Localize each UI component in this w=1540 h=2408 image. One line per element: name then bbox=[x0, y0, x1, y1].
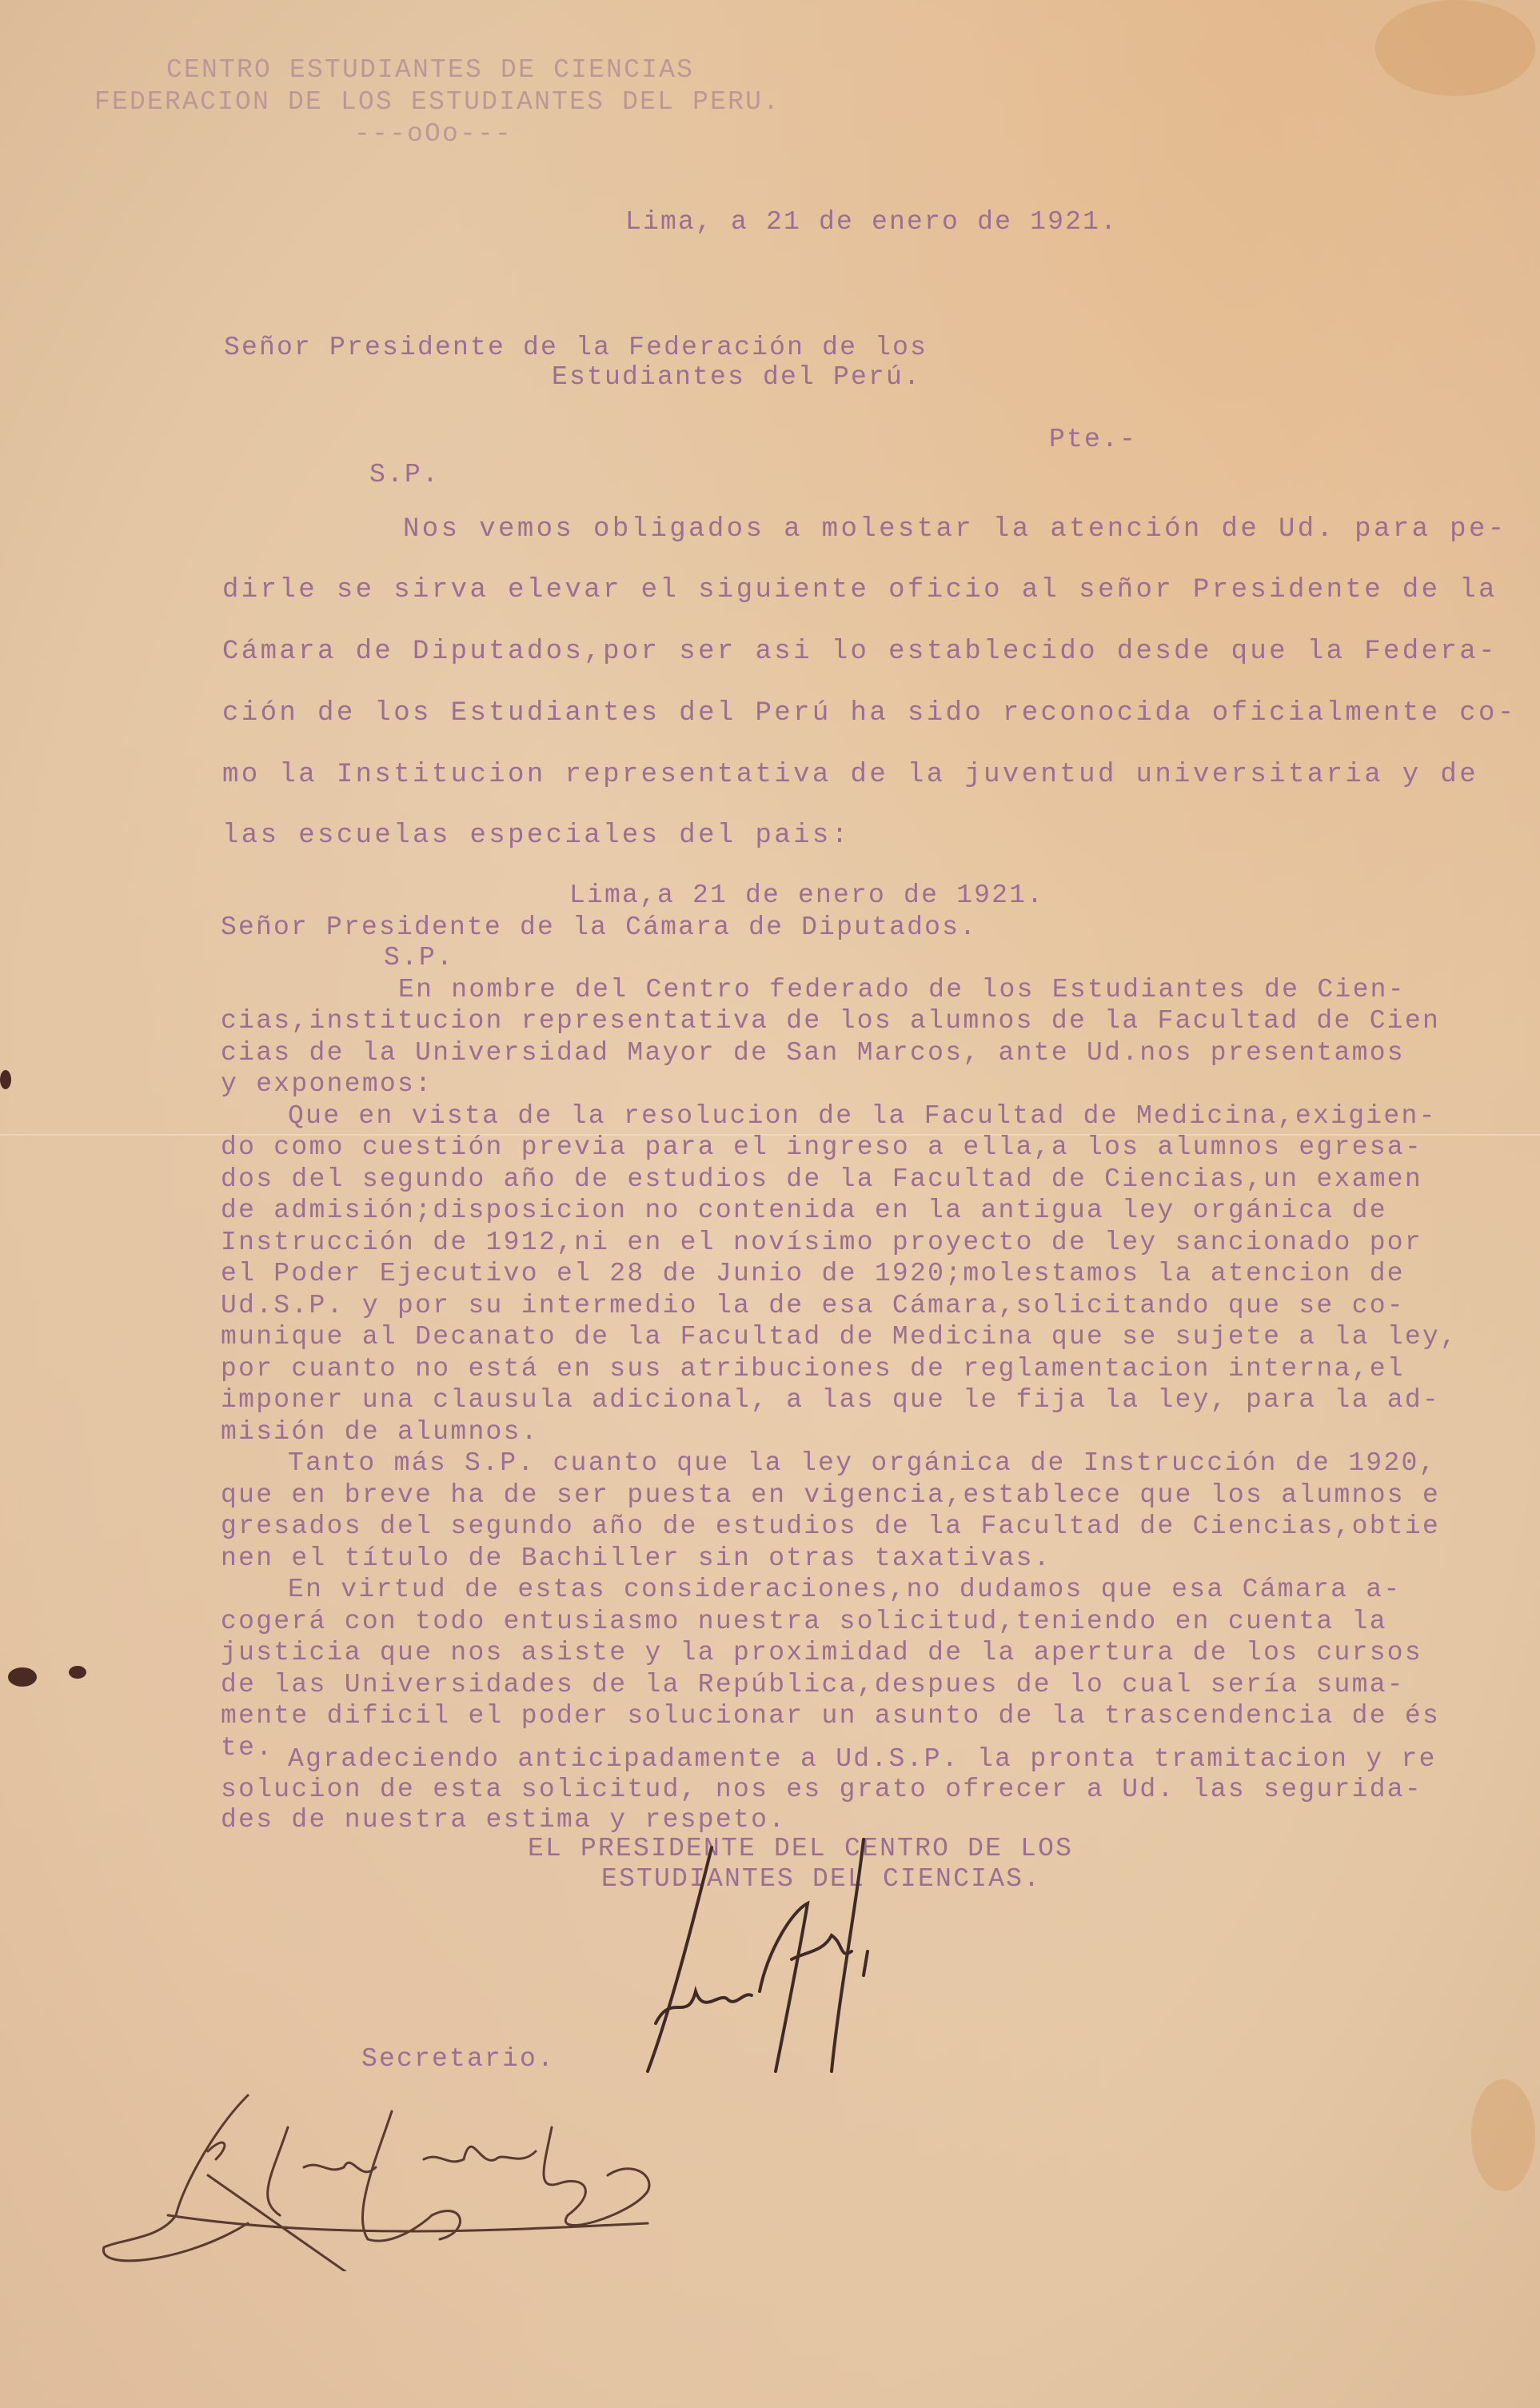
official-body-line: Tanto más S.P. cuanto que la ley orgánic… bbox=[288, 1448, 1437, 1480]
official-body-line: dos del segundo año de estudios de la Fa… bbox=[221, 1164, 1422, 1196]
official-body-line: solucion de esta solicitud, nos es grato… bbox=[221, 1774, 1422, 1806]
president-signature bbox=[640, 1831, 1039, 2087]
official-body-line: por cuanto no está en sus atribuciones d… bbox=[221, 1353, 1405, 1385]
cover-body-line: dirle se sirva elevar el siguiente ofici… bbox=[222, 574, 1498, 606]
secretary-label: Secretario. bbox=[361, 2043, 555, 2075]
cover-body-line: Nos vemos obligados a molestar la atenci… bbox=[403, 513, 1507, 545]
cover-body-line: las escuelas especiales del pais: bbox=[222, 820, 851, 852]
official-body-line: Ud.S.P. y por su intermedio la de esa Cá… bbox=[221, 1290, 1405, 1322]
official-body-line: de admisión;disposicion no contenida en … bbox=[221, 1195, 1387, 1227]
cover-letter-date: Lima, a 21 de enero de 1921. bbox=[625, 206, 1118, 238]
official-body-line: de las Universidades de la República,des… bbox=[221, 1669, 1405, 1701]
official-body-line: que en breve ha de ser puesta en vigenci… bbox=[221, 1480, 1440, 1511]
official-body-line: mente dificil el poder solucionar un asu… bbox=[221, 1700, 1440, 1732]
official-letter-salutation: S.P. bbox=[384, 942, 454, 974]
official-body-line: Instrucción de 1912,ni en el novísimo pr… bbox=[221, 1227, 1422, 1259]
official-body-line: En virtud de estas consideraciones,no du… bbox=[288, 1574, 1402, 1606]
paper-stain bbox=[1471, 2079, 1535, 2191]
cover-letter-salutation: S.P. bbox=[369, 459, 440, 491]
official-body-line: do como cuestión previa para el ingreso … bbox=[221, 1132, 1422, 1164]
cover-letter-addressee-1: Señor Presidente de la Federación de los bbox=[224, 332, 928, 364]
paper-stain bbox=[1375, 0, 1535, 96]
official-body-line: Agradeciendo anticipadamente a Ud.S.P. l… bbox=[288, 1743, 1437, 1775]
letterhead-line-1: CENTRO ESTUDIANTES DE CIENCIAS bbox=[166, 54, 694, 86]
official-body-line: cias,institucion representativa de los a… bbox=[221, 1005, 1440, 1037]
official-body-line: imponer una clausula adicional, a las qu… bbox=[221, 1384, 1440, 1416]
letterhead-ornament: ---oOo--- bbox=[354, 118, 513, 150]
official-letter-date: Lima,a 21 de enero de 1921. bbox=[569, 880, 1044, 912]
official-body-line: En nombre del Centro federado de los Est… bbox=[398, 974, 1406, 1006]
official-body-line: misión de alumnos. bbox=[221, 1416, 539, 1448]
secretary-signature bbox=[88, 2079, 664, 2271]
official-body-line: el Poder Ejecutivo el 28 de Junio de 192… bbox=[221, 1258, 1405, 1290]
document-page: CENTRO ESTUDIANTES DE CIENCIAS FEDERACIO… bbox=[0, 0, 1540, 2408]
cover-letter-location: Pte.- bbox=[1049, 424, 1137, 456]
cover-body-line: ción de los Estudiantes del Perú ha sido… bbox=[222, 697, 1517, 729]
official-body-line: cias de la Universidad Mayor de San Marc… bbox=[221, 1037, 1405, 1069]
letterhead-line-2: FEDERACION DE LOS ESTUDIANTES DEL PERU. bbox=[94, 86, 780, 118]
official-body-line: munique al Decanato de la Facultad de Me… bbox=[221, 1321, 1458, 1353]
official-body-line: te. bbox=[221, 1732, 273, 1764]
ink-blot bbox=[0, 1070, 11, 1089]
cover-body-line: Cámara de Diputados,por ser asi lo estab… bbox=[222, 636, 1498, 668]
ink-blot bbox=[69, 1666, 86, 1679]
official-body-line: cogerá con todo entusiasmo nuestra solic… bbox=[221, 1606, 1387, 1638]
official-body-line: Que en vista de la resolucion de la Facu… bbox=[288, 1100, 1437, 1132]
official-body-line: nen el título de Bachiller sin otras tax… bbox=[221, 1543, 1051, 1575]
cover-letter-addressee-2: Estudiantes del Perú. bbox=[552, 361, 921, 393]
official-body-line: y exponemos: bbox=[221, 1068, 433, 1100]
official-body-line: gresados del segundo año de estudios de … bbox=[221, 1511, 1440, 1543]
official-letter-addressee: Señor Presidente de la Cámara de Diputad… bbox=[221, 912, 977, 944]
cover-body-line: mo la Institucion representativa de la j… bbox=[222, 759, 1478, 791]
official-body-line: justicia que nos asiste y la proximidad … bbox=[221, 1637, 1422, 1669]
ink-blot bbox=[8, 1667, 37, 1687]
